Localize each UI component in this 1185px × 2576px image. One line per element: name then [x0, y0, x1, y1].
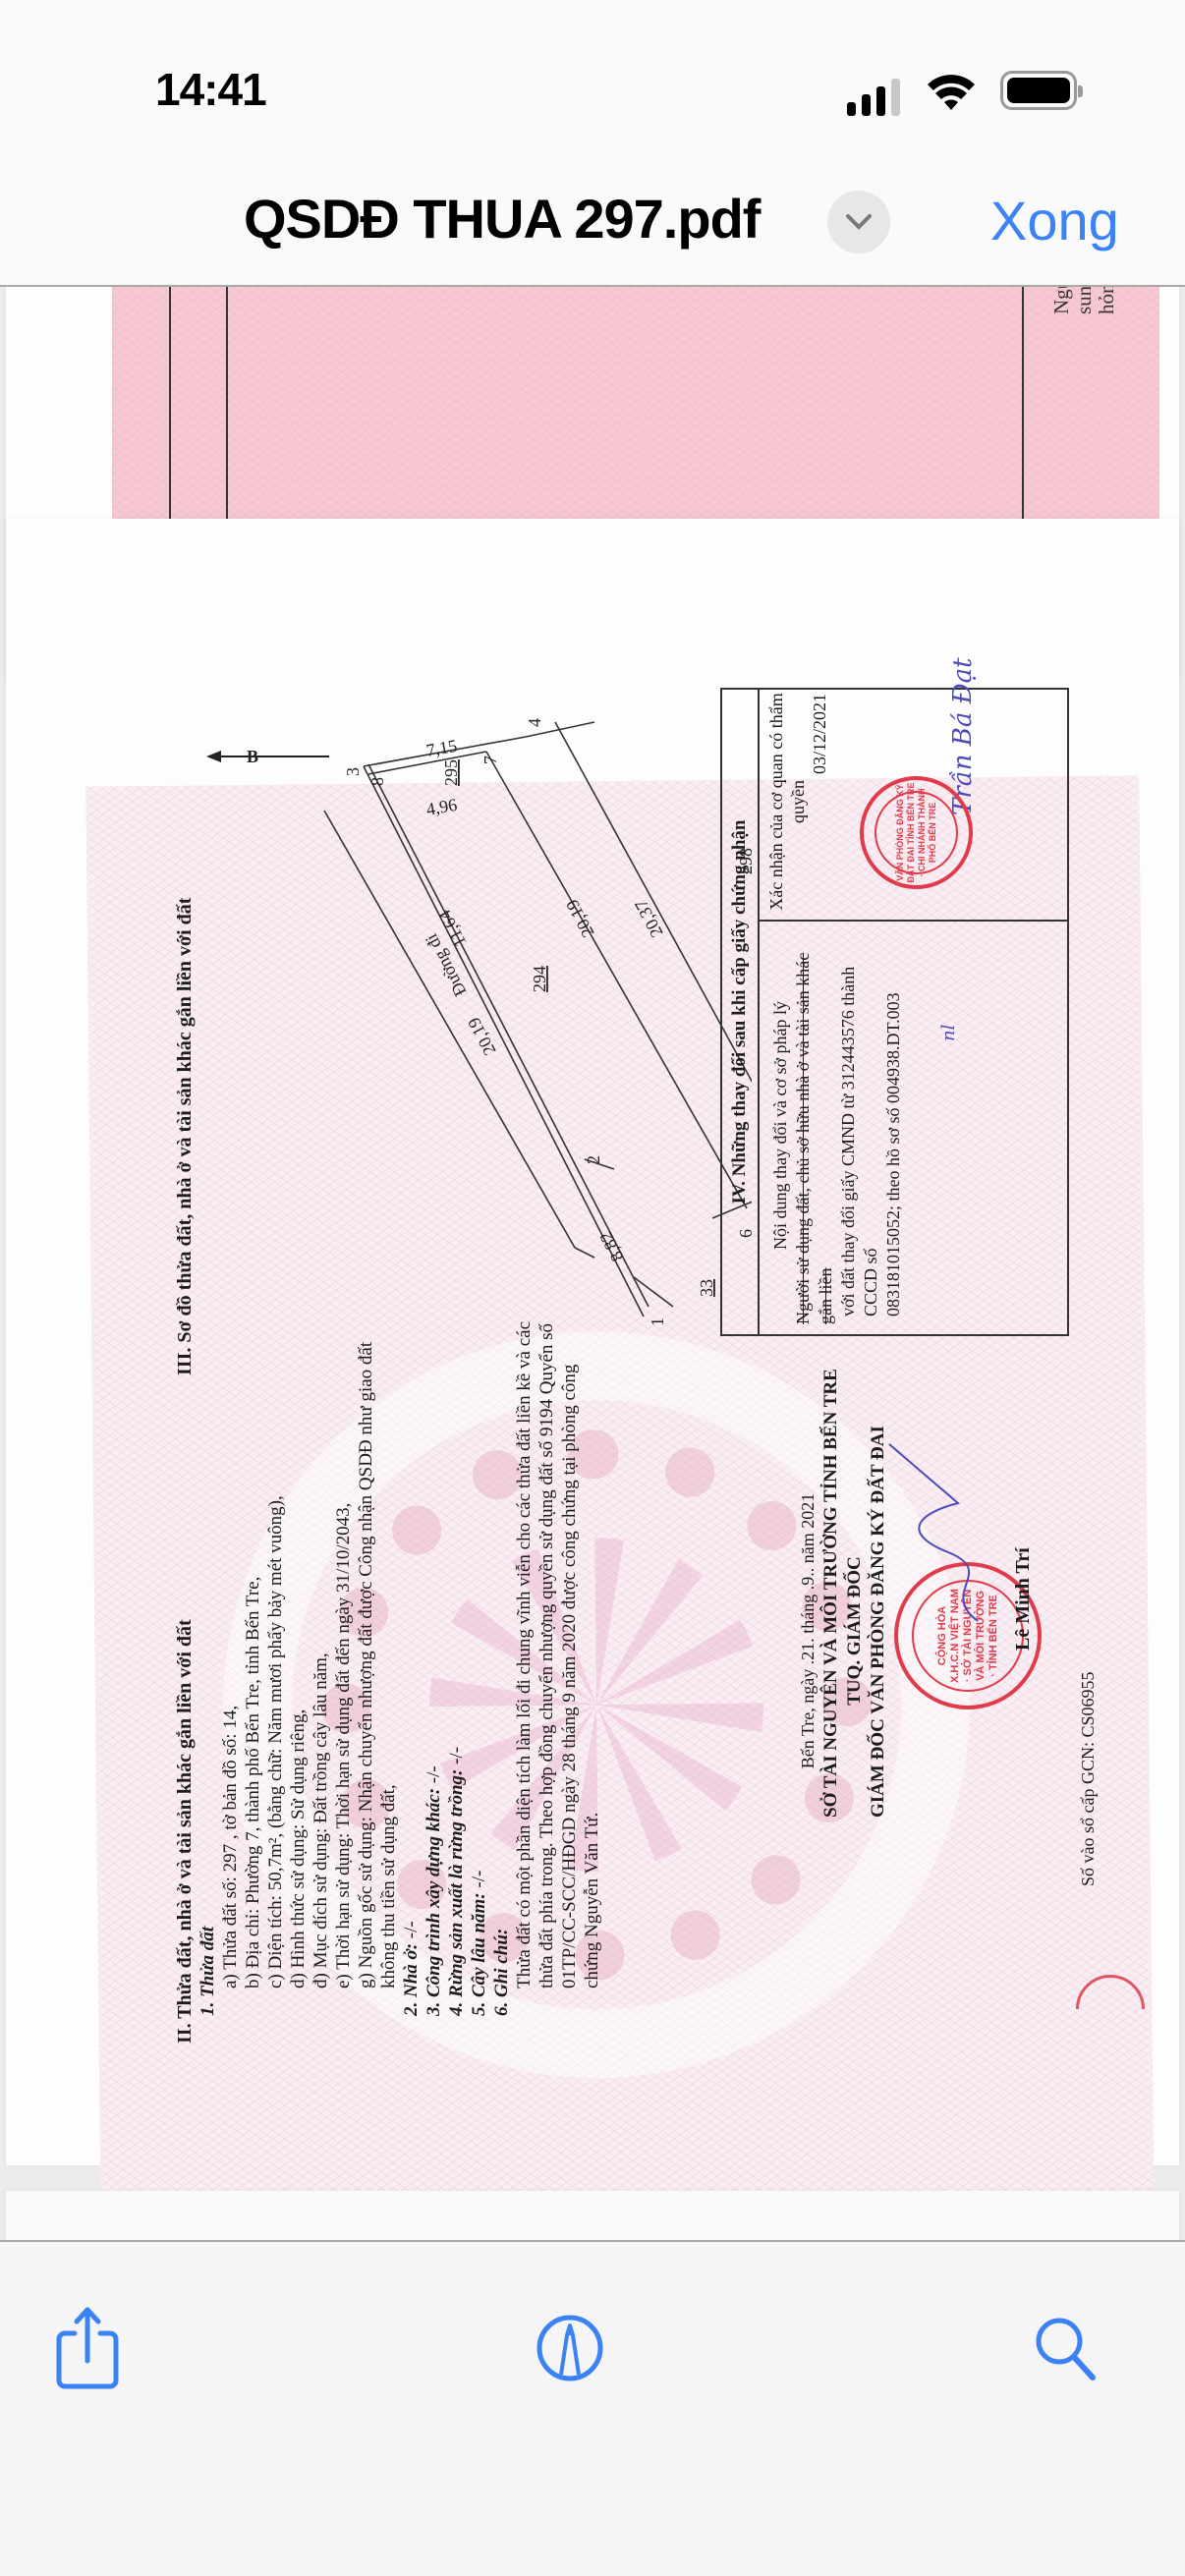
svg-text:7: 7: [480, 756, 500, 764]
wifi-icon: [926, 71, 977, 114]
share-button[interactable]: [43, 2299, 132, 2397]
done-button[interactable]: Xong: [990, 189, 1119, 252]
item-line: 2. Nhà ở: -/-: [400, 1321, 423, 2044]
changes-content-column: Nội dung thay đổi và cơ sở pháp lý Người…: [769, 926, 905, 1324]
table-divider: [760, 920, 1069, 922]
svg-text:294: 294: [530, 966, 549, 992]
svg-text:33: 33: [697, 1279, 716, 1297]
issuing-organization: SỞ TÀI NGUYÊN VÀ MÔI TRƯỜNG TỈNH BẾN TRE: [819, 1444, 843, 1818]
place-date: Bến Tre, ngày .21. tháng .9.. năm 2021: [796, 1444, 819, 1818]
red-stamp-registration-office: VĂN PHÒNG ĐĂNG KÝ ĐẤT ĐAI TỈNH BẾN TRE ·…: [860, 776, 973, 889]
svg-text:B: B: [247, 747, 258, 766]
status-time: 14:41: [155, 63, 266, 116]
share-icon: [53, 2304, 122, 2392]
svg-text:4,96: 4,96: [424, 795, 458, 819]
parcel-line: e) Thời hạn sử dụng: Thời hạn sử dụng đấ…: [332, 1321, 355, 2044]
search-icon: [1032, 2314, 1100, 2382]
markup-button[interactable]: [526, 2299, 614, 2397]
red-stamp-partial: [1076, 1975, 1145, 2044]
certificate-content: II. Thửa đất, nhà ở và tài sản khác gắn …: [93, 604, 1145, 2053]
section-2-title: II. Thửa đất, nhà ở và tài sản khác gắn …: [174, 1321, 197, 2044]
svg-text:8,82: 8,82: [595, 1228, 627, 1264]
title-menu-button[interactable]: [827, 191, 890, 253]
markup-pen-icon: [536, 2314, 604, 2382]
column-header: Nội dung thay đổi và cơ sở pháp lý: [769, 926, 792, 1324]
change-line: với đất thay đổi giấy CMND từ 312443576 …: [837, 926, 882, 1324]
svg-text:3: 3: [343, 767, 363, 776]
chevron-down-icon: [844, 212, 874, 232]
svg-text:295: 295: [441, 759, 461, 786]
svg-text:4: 4: [525, 718, 544, 727]
item-line: 4. Rừng sản xuất là rừng trồng: -/-: [445, 1321, 468, 2044]
handwritten-initial: nl: [938, 1025, 959, 1041]
section-3-title: III. Sơ đồ thửa đất, nhà ở và tài sản kh…: [174, 898, 197, 1375]
item-line: 6. Ghi chú:: [490, 1321, 513, 2044]
parcel-line: c) Diện tích: 50,7m², (bằng chữ: Năm mươ…: [264, 1321, 287, 2044]
svg-text:2: 2: [584, 1155, 603, 1164]
north-arrow-icon: B: [206, 747, 329, 766]
parcel-diagram: B: [201, 599, 752, 1366]
column-header: Xác nhận của cơ quan có thẩm quyền: [765, 690, 809, 914]
authority-column: Xác nhận của cơ quan có thẩm quyền 03/12…: [765, 690, 830, 914]
svg-text:20,19: 20,19: [464, 1014, 500, 1058]
changes-table-title: IV. Những thay đổi sau khi cấp giấy chứn…: [722, 690, 760, 1334]
status-bar: 14:41: [0, 0, 1185, 177]
cellular-signal-icon: [847, 77, 906, 116]
svg-text:1: 1: [648, 1317, 667, 1326]
document-title[interactable]: QSDĐ THUA 297.pdf: [244, 187, 760, 251]
pdf-page-3: [6, 2191, 1179, 2240]
section-2: II. Thửa đất, nhà ở và tài sản khác gắn …: [174, 1321, 603, 2044]
pdf-viewer[interactable]: Nội d Người được cấp Giấy ch sung bất kỳ…: [0, 177, 1185, 2240]
signer-name: Lê Minh Trí: [1012, 1547, 1035, 1651]
svg-text:20,19: 20,19: [562, 896, 598, 940]
note-line: thửa đất phía trong. Theo hợp đồng chuyể…: [536, 1321, 558, 2044]
change-line: 083181015052; theo hồ sơ số 004938.DT.00…: [882, 926, 905, 1324]
parcel-line: d) Hình thức sử dụng: Sử dụng riêng,: [287, 1321, 310, 2044]
gcn-register-number: Số vào sổ cấp GCN: CS06955: [1078, 1671, 1099, 1886]
battery-icon: [1000, 71, 1077, 110]
signature-scribble: [879, 1434, 1017, 1631]
search-button[interactable]: [1022, 2299, 1110, 2397]
svg-text:8: 8: [367, 777, 387, 786]
svg-text:20,37: 20,37: [631, 896, 667, 940]
bottom-toolbar: [0, 2240, 1185, 2576]
item-line: 5. Cây lâu năm: -/-: [468, 1321, 490, 2044]
parcel-line: không thu tiền sử dụng đất,: [377, 1321, 400, 2044]
parcel-line: g) Nguồn gốc sử dụng: Nhận chuyển nhượng…: [355, 1321, 377, 2044]
signature-block: Bến Tre, ngày .21. tháng .9.. năm 2021 S…: [796, 1444, 890, 1818]
svg-text:7,15: 7,15: [424, 736, 458, 760]
note-line: 01TP/CC-SCC/HĐGD ngày 28 tháng 9 năm 202…: [558, 1321, 581, 2044]
parcel-line: đ) Mục đích sử dụng: Đất trồng cây lâu n…: [310, 1321, 332, 2044]
note-line: chứng Nguyễn Văn Tứ.: [581, 1321, 603, 2044]
parcel-line: a) Thửa đất số: 297 , tờ bản đồ số: 14,: [219, 1321, 242, 2044]
parcel-line: b) Địa chỉ: Phường 7, thành phố Bến Tre,…: [242, 1321, 264, 2044]
note-line: Thửa đất có một phần diện tích làm lối đ…: [513, 1321, 536, 2044]
on-behalf-of: TUQ. GIÁM ĐỐC: [843, 1444, 867, 1818]
subsection-title: 1. Thửa đất: [197, 1321, 219, 2044]
confirmation-date: 03/12/2021: [809, 690, 830, 914]
navigation-bar: QSDĐ THUA 297.pdf Xong: [0, 177, 1185, 287]
change-line: Người sử dụng đất, chủ sở hữu nhà ở và t…: [792, 926, 837, 1324]
item-line: 3. Công trình xây dựng khác: -/-: [423, 1321, 445, 2044]
